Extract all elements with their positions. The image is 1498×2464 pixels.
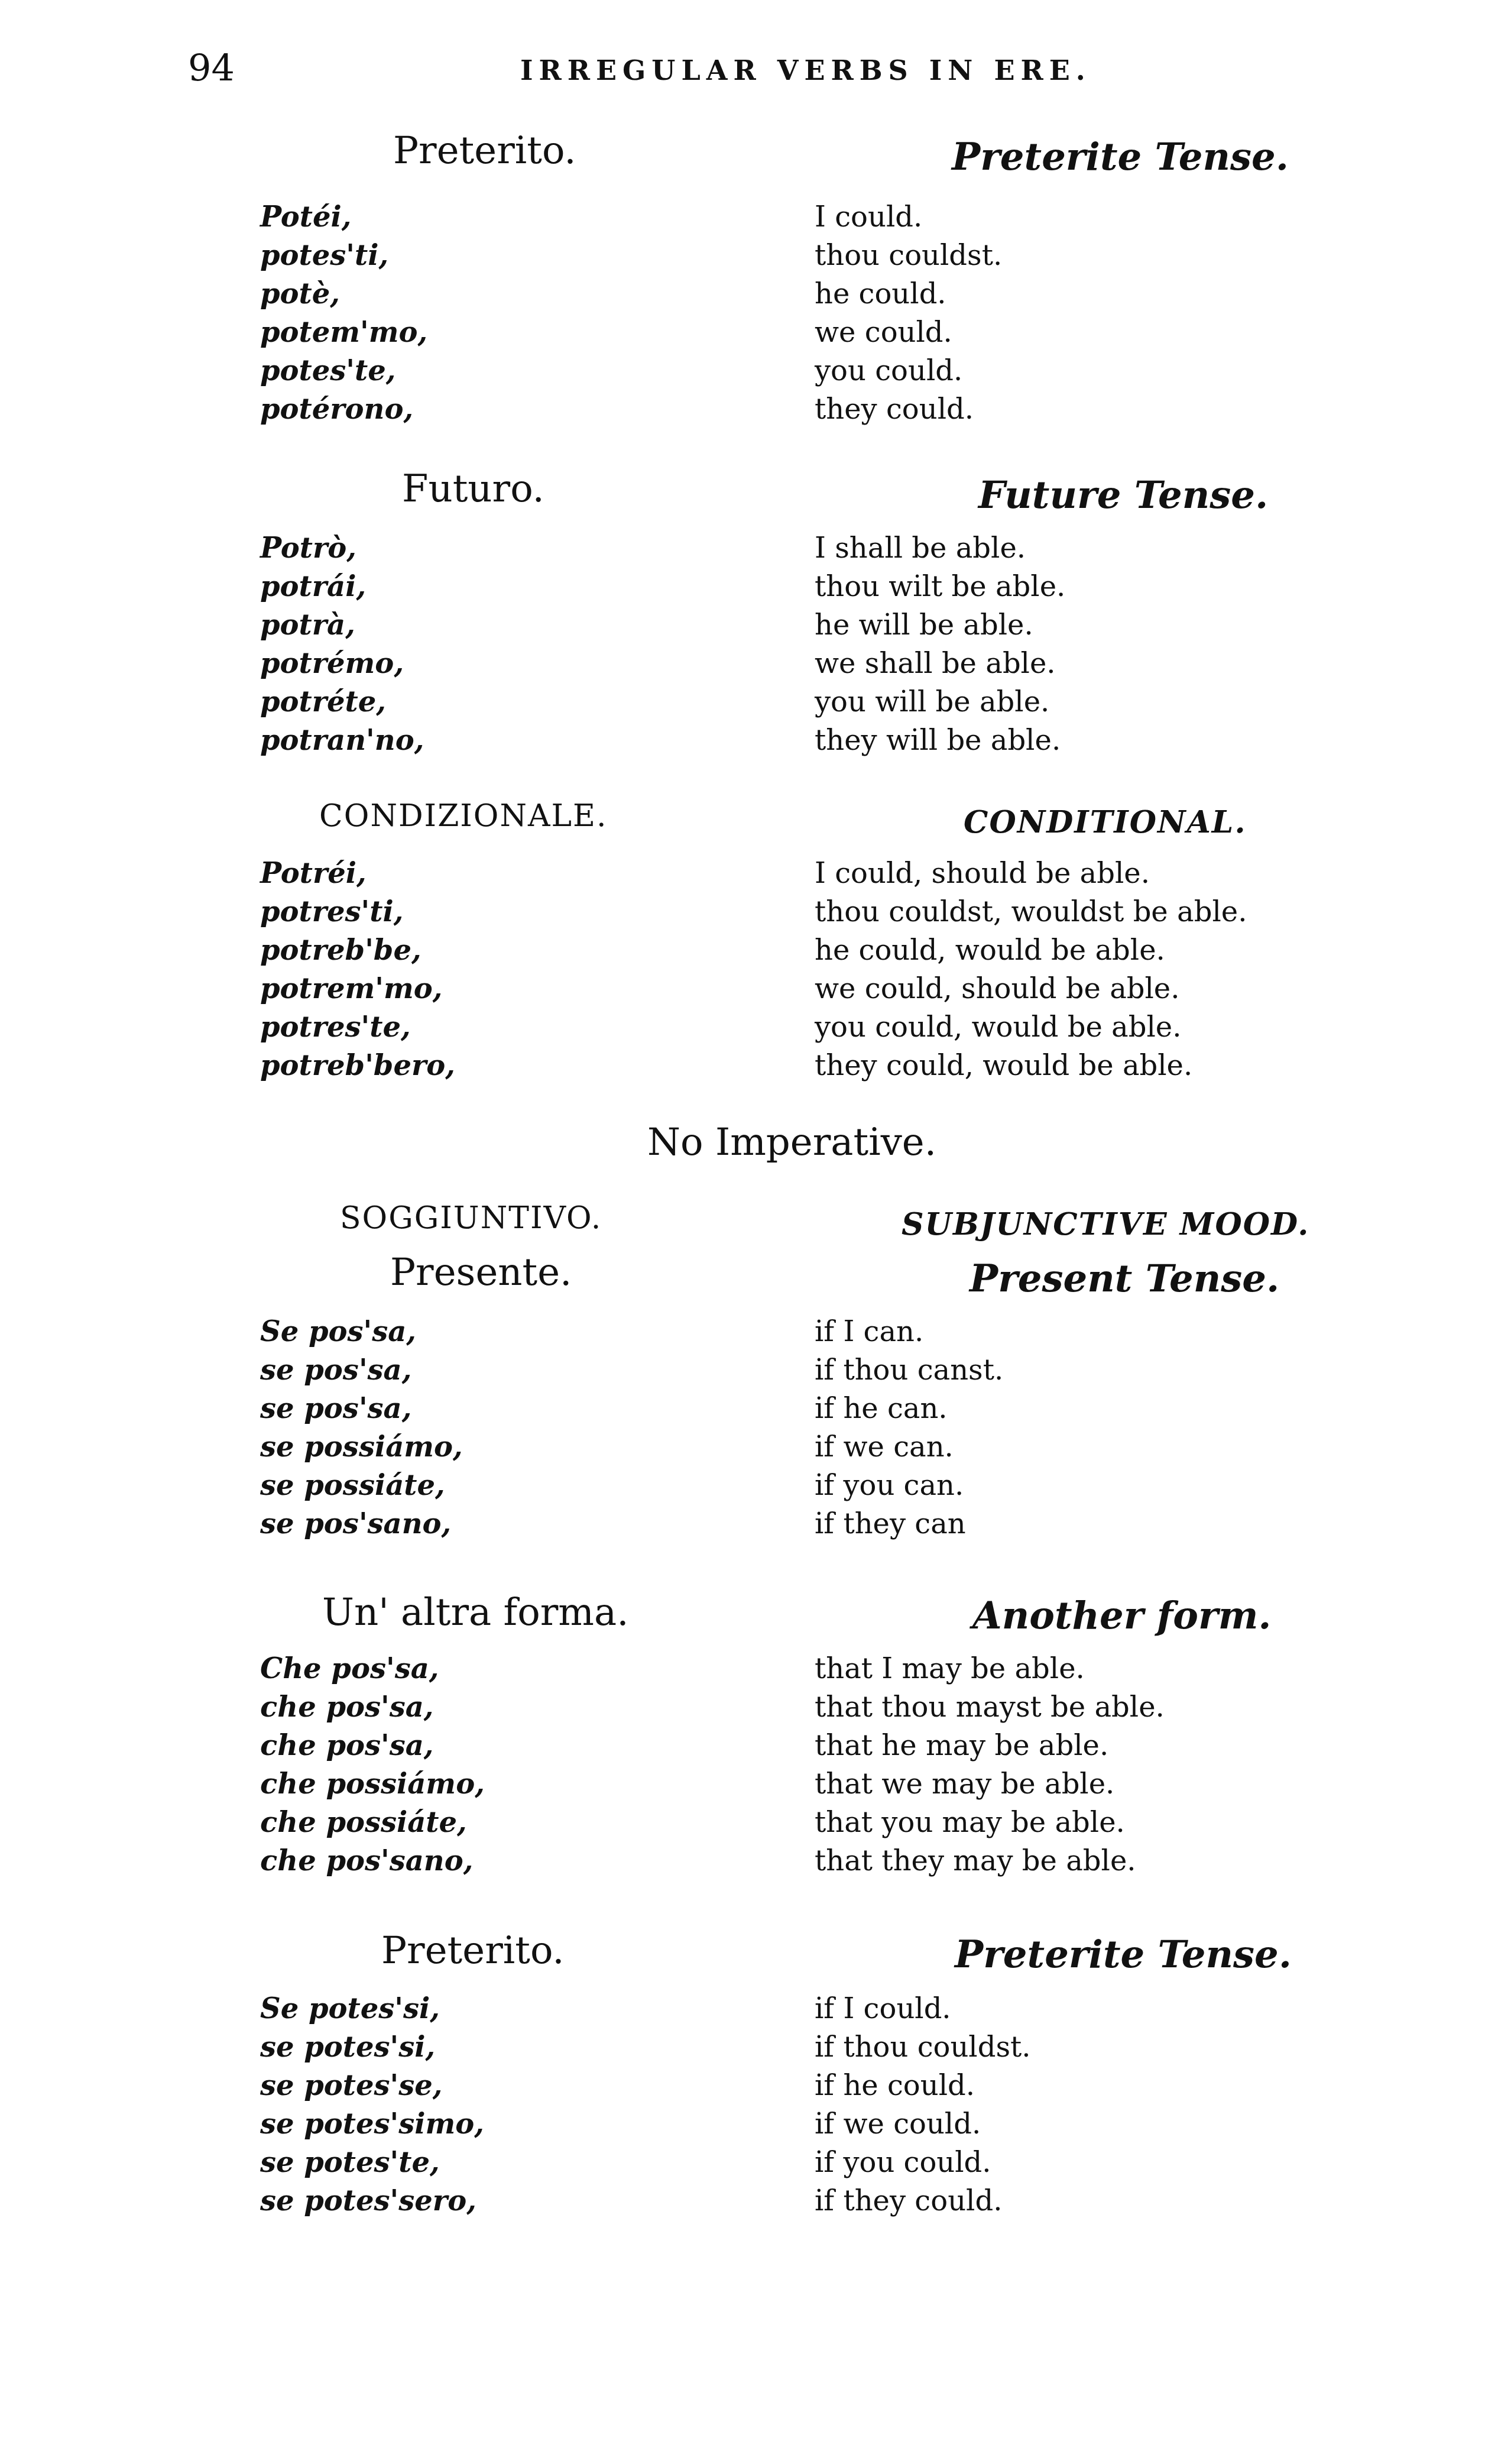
list-item: Che pos'sa,: [260, 1650, 485, 1688]
italian-conjugation-list: Potréi, potres'ti, potreb'be, potrem'mo,…: [260, 854, 455, 1085]
list-item: if thou canst.: [815, 1351, 1003, 1390]
list-item: thou couldst, wouldst be able.: [815, 893, 1247, 931]
list-item: se potes'si,: [260, 2028, 484, 2067]
list-item: se potes'te,: [260, 2144, 484, 2182]
list-item: potrái,: [260, 568, 424, 606]
list-item: che possiáte,: [260, 1804, 485, 1842]
list-item: potran'no,: [260, 721, 424, 760]
mood-heading-subjunctive: SUBJUNCTIVE MOOD.: [902, 1206, 1309, 1242]
list-item: you could, would be able.: [815, 1008, 1247, 1047]
list-item: potréte,: [260, 683, 424, 721]
list-item: che possiámo,: [260, 1765, 485, 1804]
english-translation-list: if I can. if thou canst. if he can. if w…: [815, 1313, 1003, 1543]
section-heading-altra-forma: Un' altra forma.: [322, 1591, 629, 1634]
list-item: potem'mo,: [260, 313, 427, 352]
list-item: they could, would be able.: [815, 1047, 1247, 1085]
list-item: if I can.: [815, 1313, 1003, 1351]
list-item: that thou mayst be able.: [815, 1688, 1165, 1727]
italian-conjugation-list: Se potes'si, se potes'si, se potes'se, s…: [260, 1990, 484, 2220]
list-item: that you may be able.: [815, 1804, 1165, 1842]
list-item: if you can.: [815, 1466, 1003, 1505]
section-heading-present-tense: Present Tense.: [970, 1257, 1279, 1301]
list-item: se potes'sero,: [260, 2182, 484, 2220]
italian-conjugation-list: Potrò, potrái, potrà, potrémo, potréte, …: [260, 529, 424, 760]
list-item: potres'ti,: [260, 893, 455, 931]
list-item: thou wilt be able.: [815, 568, 1065, 606]
list-item: che pos'sa,: [260, 1688, 485, 1727]
list-item: Potrò,: [260, 529, 424, 568]
italian-conjugation-list: Se pos'sa, se pos'sa, se pos'sa, se poss…: [260, 1313, 463, 1543]
list-item: I could.: [815, 198, 1002, 237]
section-heading-preterito: Preterito.: [393, 129, 576, 173]
list-item: Se potes'si,: [260, 1990, 484, 2028]
italian-conjugation-list: Che pos'sa, che pos'sa, che pos'sa, che …: [260, 1650, 485, 1880]
list-item: se pos'sa,: [260, 1390, 463, 1428]
list-item: that I may be able.: [815, 1650, 1165, 1688]
section-heading-condizionale: CONDIZIONALE.: [319, 798, 608, 834]
list-item: if he could.: [815, 2067, 1031, 2105]
list-item: se potes'se,: [260, 2067, 484, 2105]
english-translation-list: that I may be able. that thou mayst be a…: [815, 1650, 1165, 1880]
list-item: potreb'bero,: [260, 1047, 455, 1085]
english-translation-list: I shall be able. thou wilt be able. he w…: [815, 529, 1065, 760]
list-item: that he may be able.: [815, 1727, 1165, 1765]
section-heading-preterite-tense: Preterite Tense.: [952, 135, 1289, 179]
list-item: che pos'sa,: [260, 1727, 485, 1765]
list-item: I could, should be able.: [815, 854, 1247, 893]
running-head: IRREGULAR VERBS IN ERE.: [520, 54, 1091, 86]
list-item: he will be able.: [815, 606, 1065, 645]
section-heading-preterito-subjunctive: Preterito.: [381, 1929, 565, 1973]
list-item: if they could.: [815, 2182, 1031, 2220]
list-item: se possiáte,: [260, 1466, 463, 1505]
list-item: potes'ti,: [260, 237, 427, 275]
english-translation-list: I could, should be able. thou couldst, w…: [815, 854, 1247, 1085]
english-translation-list: I could. thou couldst. he could. we coul…: [815, 198, 1002, 429]
list-item: potres'te,: [260, 1008, 455, 1047]
list-item: che pos'sano,: [260, 1842, 485, 1880]
list-item: that they may be able.: [815, 1842, 1165, 1880]
list-item: se potes'simo,: [260, 2105, 484, 2144]
section-heading-preterite-tense-subjunctive: Preterite Tense.: [955, 1932, 1292, 1977]
list-item: if I could.: [815, 1990, 1031, 2028]
no-imperative-note: No Imperative.: [647, 1121, 936, 1164]
list-item: potérono,: [260, 390, 427, 429]
english-translation-list: if I could. if thou couldst. if he could…: [815, 1990, 1031, 2220]
list-item: potrà,: [260, 606, 424, 645]
list-item: if we can.: [815, 1428, 1003, 1466]
section-heading-future-tense: Future Tense.: [978, 473, 1268, 517]
list-item: he could.: [815, 275, 1002, 313]
mood-heading-soggiuntivo: SOGGIUNTIVO.: [340, 1200, 602, 1236]
list-item: if you could.: [815, 2144, 1031, 2182]
section-heading-another-form: Another form.: [972, 1594, 1272, 1638]
list-item: we could, should be able.: [815, 970, 1247, 1008]
list-item: they will be able.: [815, 721, 1065, 760]
list-item: Potéi,: [260, 198, 427, 237]
list-item: if they can: [815, 1505, 1003, 1543]
list-item: they could.: [815, 390, 1002, 429]
list-item: potrémo,: [260, 645, 424, 683]
list-item: you will be able.: [815, 683, 1065, 721]
list-item: se possiámo,: [260, 1428, 463, 1466]
list-item: potes'te,: [260, 352, 427, 390]
list-item: se pos'sano,: [260, 1505, 463, 1543]
section-heading-presente: Presente.: [390, 1251, 572, 1294]
list-item: we shall be able.: [815, 645, 1065, 683]
section-heading-conditional: CONDITIONAL.: [964, 804, 1247, 840]
list-item: potè,: [260, 275, 427, 313]
page-number: 94: [188, 46, 235, 89]
list-item: that we may be able.: [815, 1765, 1165, 1804]
italian-conjugation-list: Potéi, potes'ti, potè, potem'mo, potes't…: [260, 198, 427, 429]
list-item: if he can.: [815, 1390, 1003, 1428]
list-item: he could, would be able.: [815, 931, 1247, 970]
list-item: Potréi,: [260, 854, 455, 893]
section-heading-futuro: Futuro.: [402, 467, 544, 511]
list-item: I shall be able.: [815, 529, 1065, 568]
list-item: thou couldst.: [815, 237, 1002, 275]
list-item: Se pos'sa,: [260, 1313, 463, 1351]
list-item: if we could.: [815, 2105, 1031, 2144]
list-item: potreb'be,: [260, 931, 455, 970]
list-item: potrem'mo,: [260, 970, 455, 1008]
list-item: we could.: [815, 313, 1002, 352]
list-item: you could.: [815, 352, 1002, 390]
list-item: if thou couldst.: [815, 2028, 1031, 2067]
list-item: se pos'sa,: [260, 1351, 463, 1390]
